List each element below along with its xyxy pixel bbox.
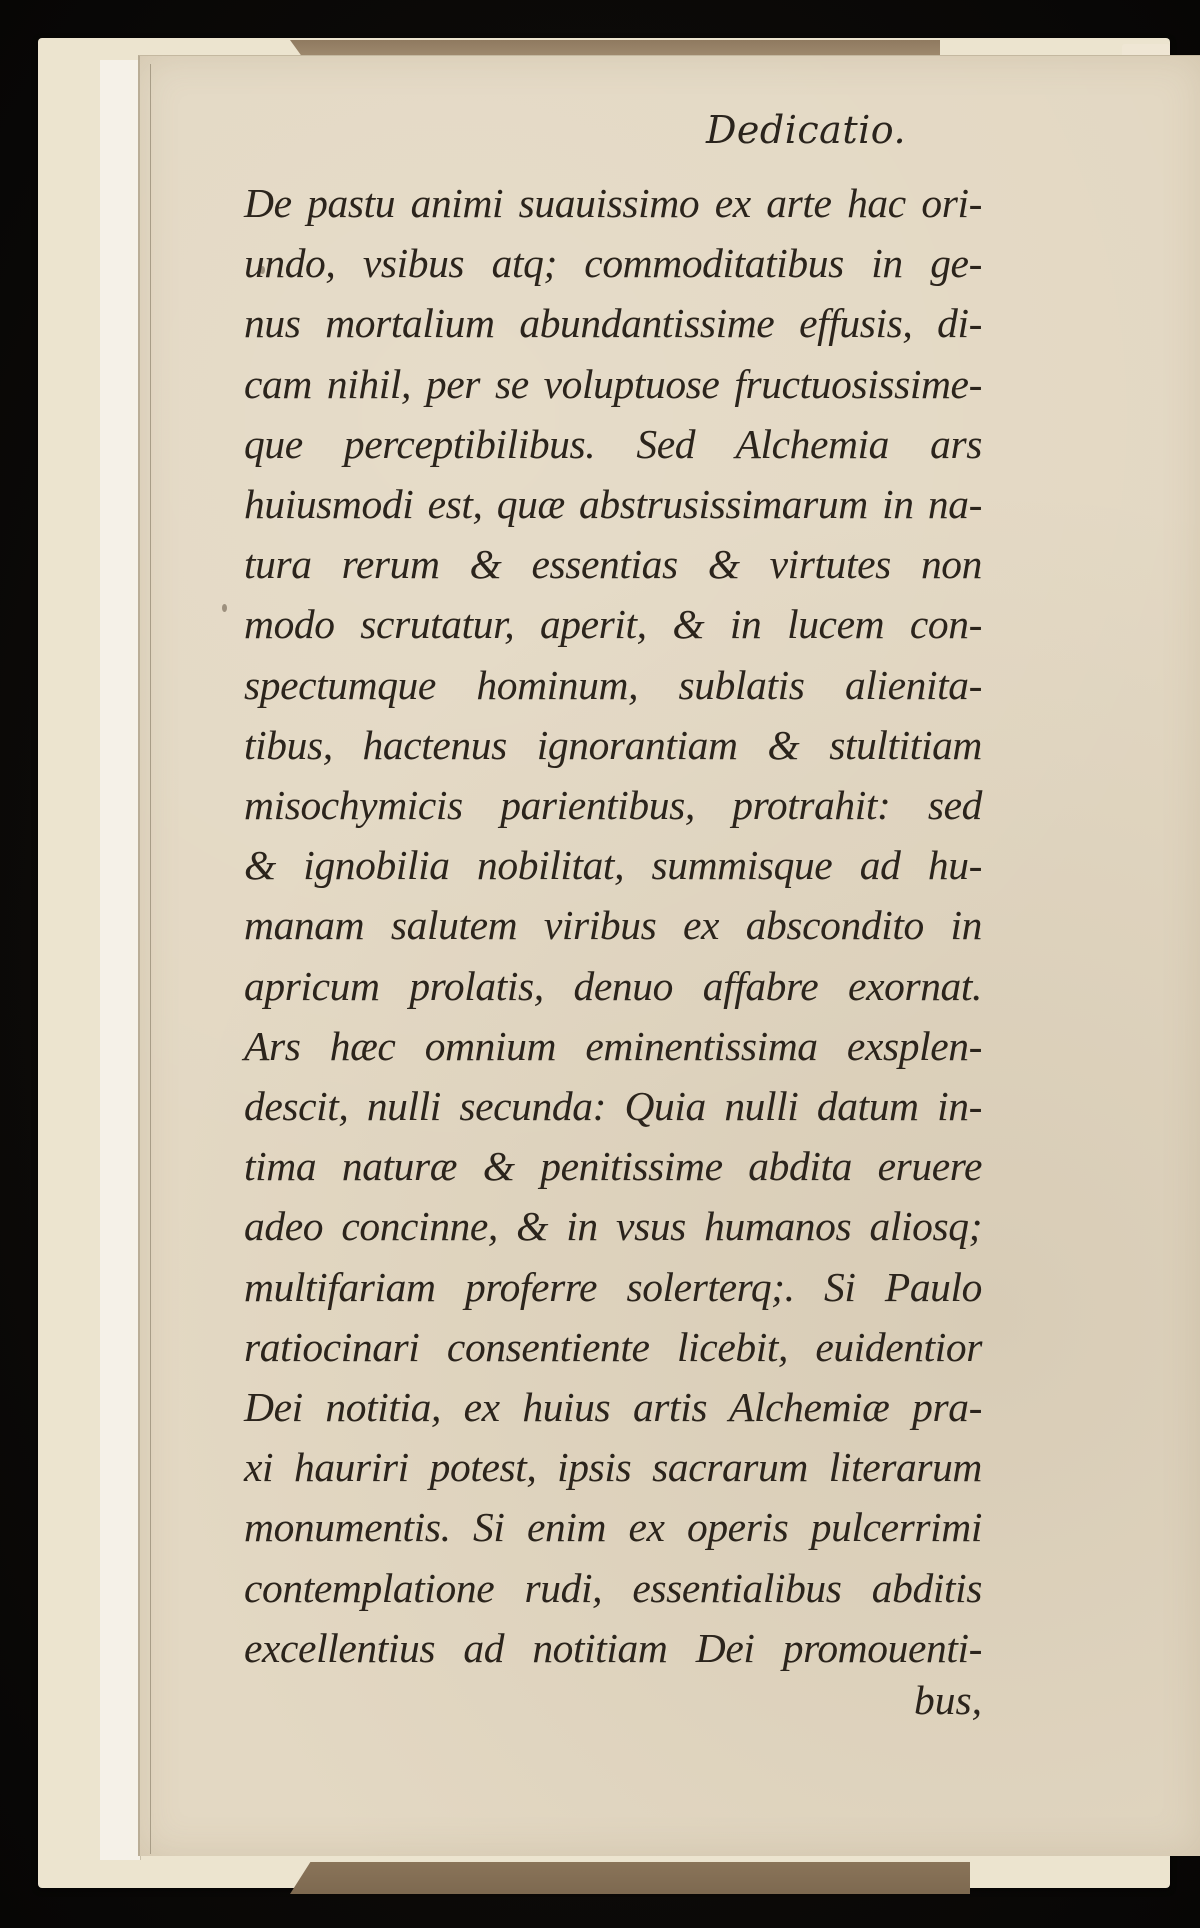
text-line: que perceptibilibus. Sed Alchemia ars	[244, 414, 982, 474]
text-line: tibus, hactenus ignorantiam & stultitiam	[244, 715, 982, 775]
text-line: multifariam proferre solerterq;. Si Paul…	[244, 1257, 982, 1317]
text-line: tima naturæ & penitissime abdita eruere	[244, 1136, 982, 1196]
paper-speck	[222, 604, 227, 612]
text-line: monumentis. Si enim ex operis pulcerrimi	[244, 1497, 982, 1557]
dedication-text: De pastu animi suauissimo ex arte hac or…	[244, 173, 982, 1678]
book-scan-scene: Dedicatio. De pastu animi suauissimo ex …	[0, 0, 1200, 1928]
text-line: excellentius ad notitiam Dei promouenti-	[244, 1618, 982, 1678]
interleaf-strip	[100, 60, 141, 1860]
text-line: undo, vsibus atq; commoditatibus in ge-	[244, 233, 982, 293]
page-edge-rule	[150, 64, 151, 1854]
text-line: tura rerum & essentias & virtutes non	[244, 534, 982, 594]
text-line: De pastu animi suauissimo ex arte hac or…	[244, 173, 982, 233]
text-line: & ignobilia nobilitat, summisque ad hu-	[244, 835, 982, 895]
text-line: nus mortalium abundantissime effusis, di…	[244, 293, 982, 353]
text-line: Dei notitia, ex huius artis Alchemiæ pra…	[244, 1377, 982, 1437]
catchword: bus,	[244, 1676, 982, 1724]
text-line: manam salutem viribus ex abscondito in	[244, 895, 982, 955]
text-line: huiusmodi est, quæ abstrusissimarum in n…	[244, 474, 982, 534]
text-line: cam nihil, per se voluptuose fructuosiss…	[244, 354, 982, 414]
text-line: modo scrutatur, aperit, & in lucem con-	[244, 594, 982, 654]
text-line: spectumque hominum, sublatis alienita-	[244, 655, 982, 715]
hinge-strip-bottom	[290, 1862, 970, 1894]
text-line: adeo concinne, & in vsus humanos aliosq;	[244, 1196, 982, 1256]
running-head: Dedicatio.	[140, 108, 1200, 152]
text-line: misochymicis parientibus, protrahit: sed	[244, 775, 982, 835]
text-line: apricum prolatis, denuo affabre exornat.	[244, 956, 982, 1016]
text-line: descit, nulli secunda: Quia nulli datum …	[244, 1076, 982, 1136]
text-line: contemplatione rudi, essentialibus abdit…	[244, 1558, 982, 1618]
text-line: xi hauriri potest, ipsis sacrarum litera…	[244, 1437, 982, 1497]
text-line: ratiocinari consentiente licebit, euiden…	[244, 1317, 982, 1377]
text-line: Ars hæc omnium eminentissima exsplen-	[244, 1016, 982, 1076]
